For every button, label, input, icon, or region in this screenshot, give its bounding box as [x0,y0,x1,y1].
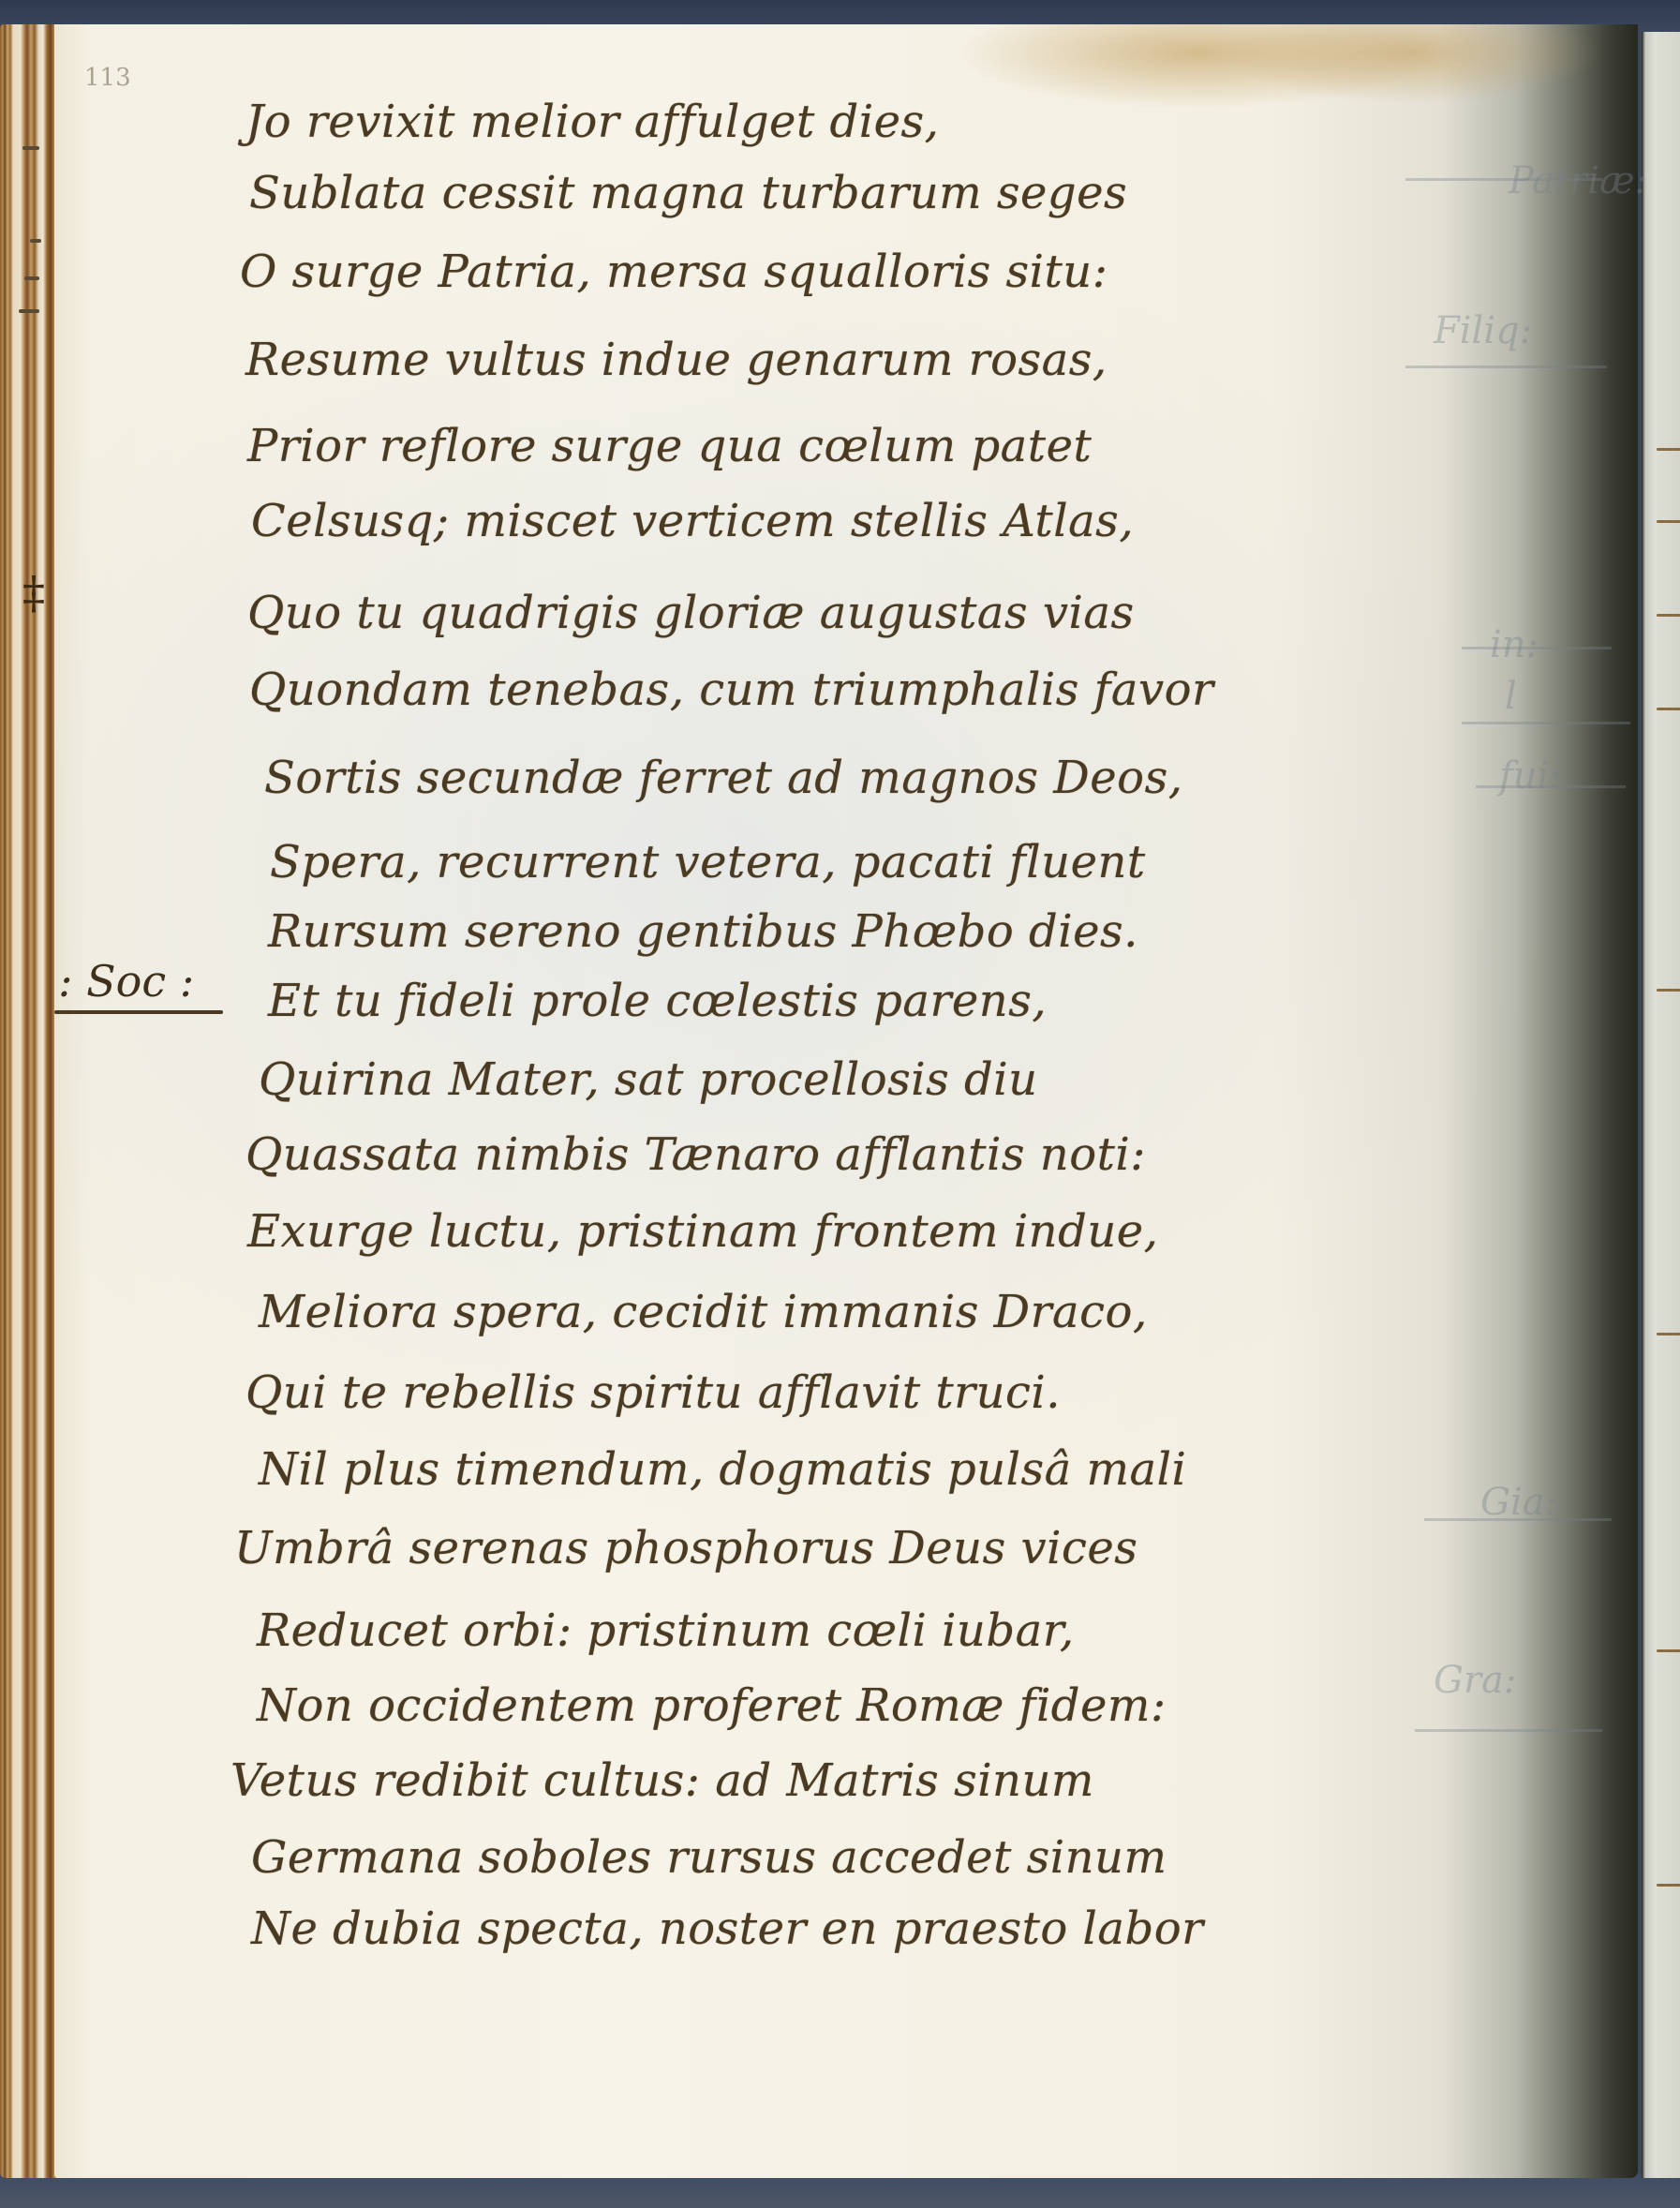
verse-line: Sortis secundæ ferret ad magnos Deos, [264,752,1182,804]
verse-line: Resume vultus indue genarum rosas, [245,334,1108,386]
adjacent-leaf-ink [1657,614,1680,617]
verse-line: O surge Patria, mersa squalloris situ: [240,246,1108,298]
verse-line: Quassata nimbis Tænaro afflantis noti: [245,1128,1146,1181]
verse-line: Celsusq; miscet verticem stellis Atlas, [251,495,1134,547]
edge-mark [19,309,39,313]
verse-line: Qui te rebellis spiritu afflavit truci. [245,1366,1061,1419]
scanner-background-bottom [0,2174,1680,2208]
adjacent-leaf-ink [1657,520,1680,523]
adjacent-leaf-ink [1657,708,1680,710]
verse-line: Non occidentem proferet Romæ fidem: [257,1679,1167,1732]
verse-line: Spera, recurrent vetera, pacati fluent [270,836,1146,888]
ghost-rule [1462,722,1630,724]
book-fore-edge-left [0,24,58,2178]
adjacent-leaf-ink [1657,448,1680,451]
ghost-rule [1405,366,1607,368]
ghost-rule [1476,785,1626,788]
ghost-rule [1462,647,1612,649]
verse-line: Jo revixit melior affulget dies, [245,96,939,148]
adjacent-leaf-ink [1657,1884,1680,1887]
ghost-note: Patriæ: [1509,159,1647,202]
adjacent-leaf-ink [1657,989,1680,992]
edge-mark [30,239,41,243]
ghost-note: in: [1490,623,1539,666]
ghost-note: Gra: [1434,1659,1516,1702]
verse-line: Reducet orbi: pristinum cœli iubar, [257,1604,1075,1657]
ghost-note: Filiq: [1434,309,1532,352]
verse-line: Quo tu quadrigis gloriæ augustas vias [247,587,1135,639]
adjacent-leaf-ink [1657,1333,1680,1335]
adjacent-leaf-strip [1642,32,1680,2178]
verse-line: Ne dubia specta, noster en praesto labor [251,1902,1204,1955]
verse-line: Nil plus timendum, dogmatis pulsâ mali [259,1443,1186,1496]
speaker-underline [54,1010,223,1014]
verse-line: Sublata cessit magna turbarum seges [249,167,1127,219]
page-number: 113 [84,64,131,92]
edge-mark [22,146,39,150]
verse-line: Rursum sereno gentibus Phœbo dies. [268,905,1138,958]
ghost-rule [1424,1518,1612,1521]
verse-line: Prior reflore surge qua cœlum patet [247,420,1092,472]
verse-line: Quondam tenebas, cum triumphalis favor [249,664,1213,716]
ghost-note: fui: [1499,754,1562,798]
ghost-rule [1415,1729,1602,1732]
verse-line: Germana soboles rursus accedet sinum [251,1831,1167,1884]
verse-line: Umbrâ serenas phosphorus Deus vices [234,1522,1137,1574]
verse-line: Vetus redibit cultus: ad Matris sinum [230,1754,1094,1807]
verse-line: Quirina Mater, sat procellosis diu [259,1053,1037,1106]
speaker-tag: : Soc : [58,956,194,1007]
edge-mark [24,276,39,280]
verse-line: Exurge luctu, pristinam frontem indue, [247,1205,1158,1258]
verse-line: Meliora spera, cecidit immanis Draco, [259,1286,1148,1338]
ghost-rule [1405,178,1602,181]
verse-line: Et tu fideli prole cœlestis parens, [268,975,1047,1027]
margin-mark-icon: ‡ [22,567,45,619]
ghost-note: l [1505,675,1517,718]
adjacent-leaf-ink [1657,1649,1680,1652]
